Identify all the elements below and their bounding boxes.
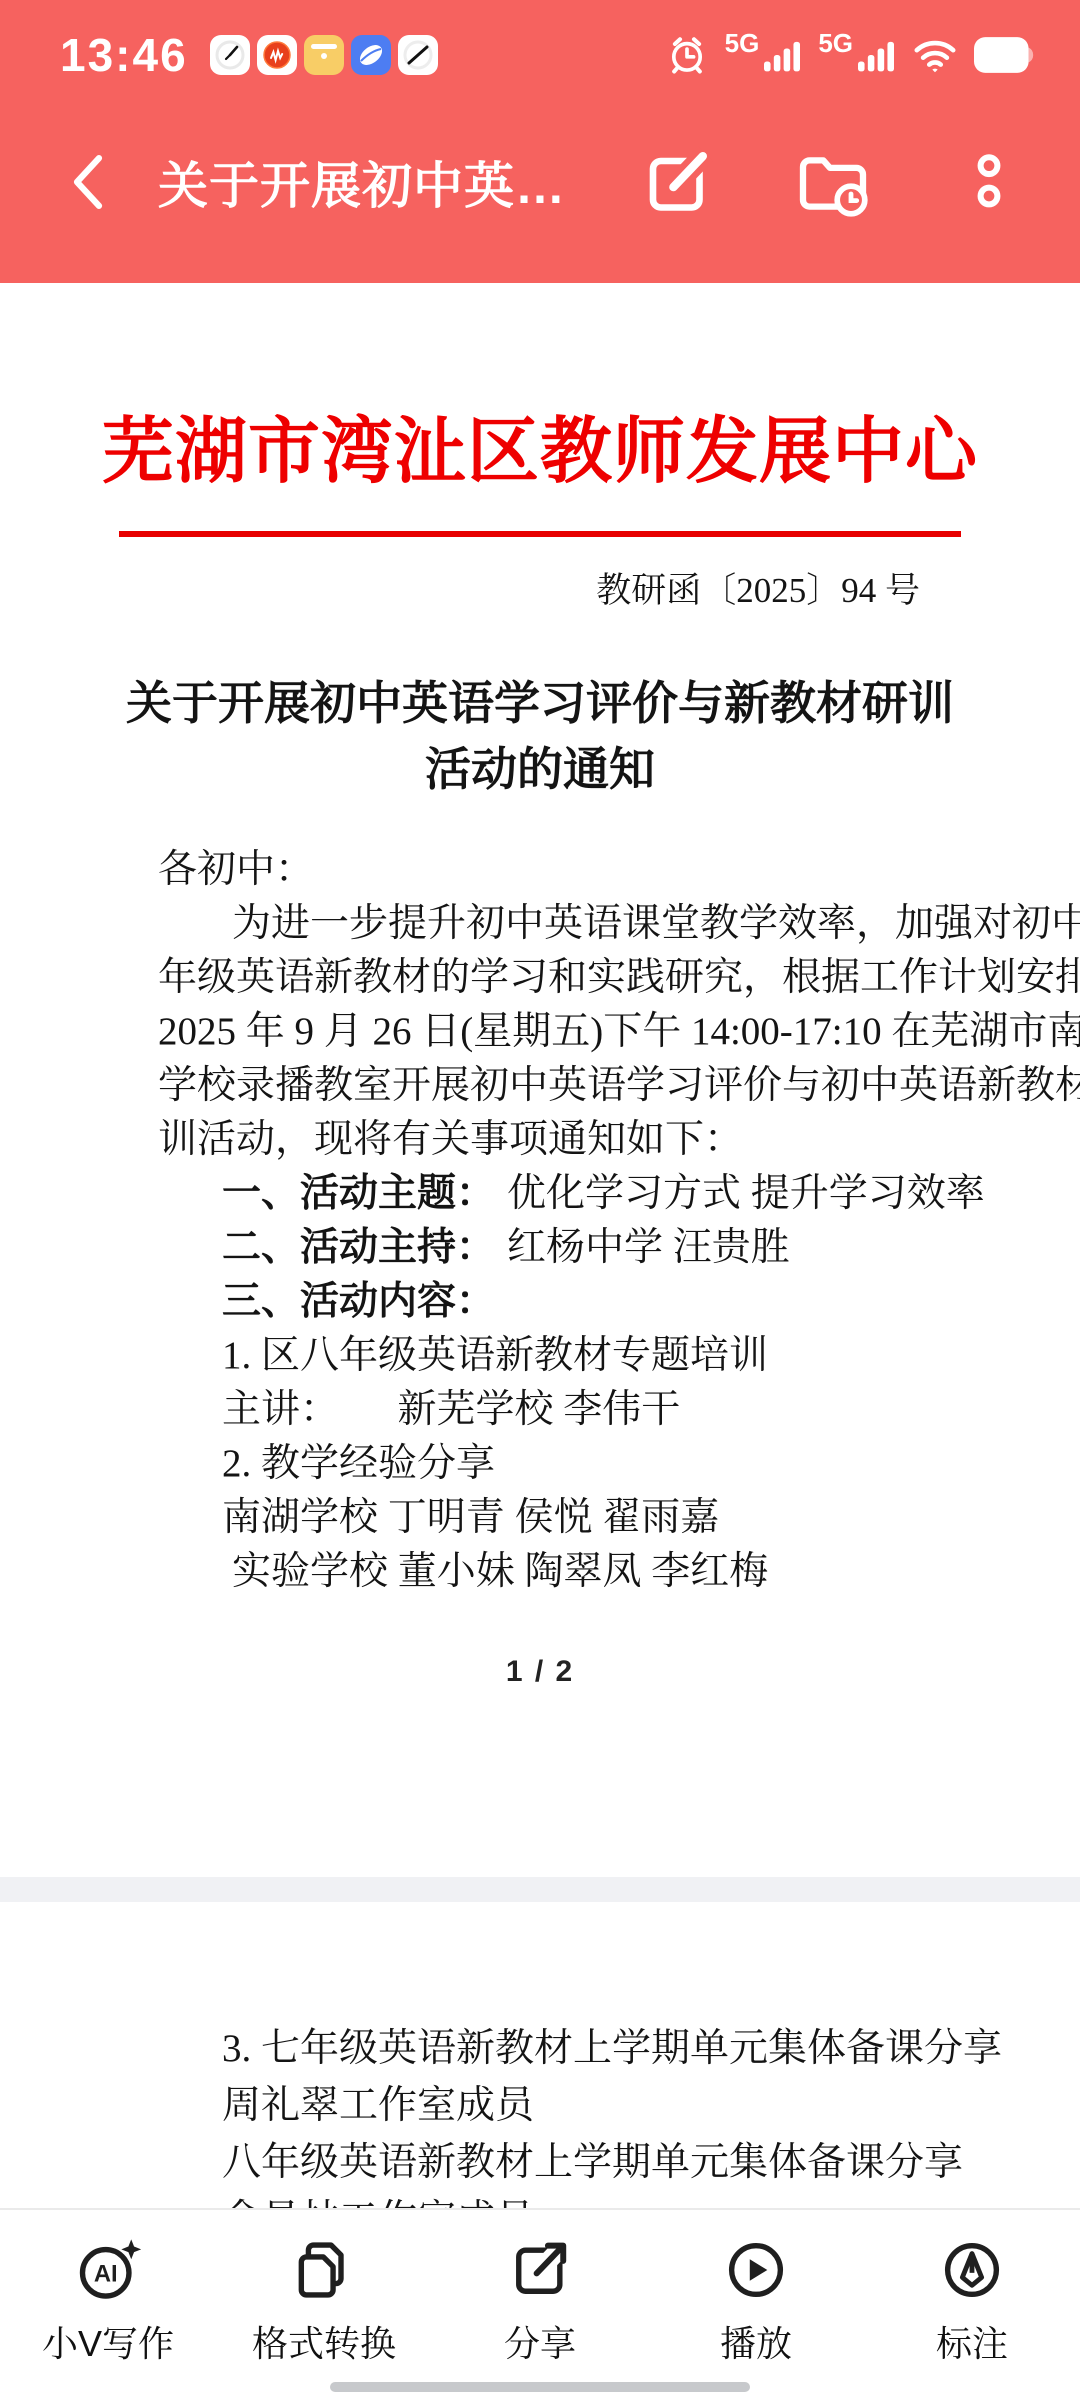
notice-title-line2: 活动的通知: [0, 737, 1080, 803]
edit-icon: [641, 146, 713, 218]
browser-app-icon: [351, 35, 391, 75]
ai-writer-button[interactable]: AI 小V写作: [0, 2236, 216, 2400]
notification-icons: [210, 35, 438, 75]
play-label: 播放: [720, 2316, 792, 2367]
recorder-app-icon: [257, 35, 297, 75]
ai-writer-icon: AI: [74, 2236, 142, 2304]
back-chevron-icon: [66, 150, 110, 214]
document-page-1: 芜湖市湾沚区教师发展中心 教研函〔2025〕94 号 关于开展初中英语学习评价与…: [0, 393, 1080, 1877]
clock-text: 13:46: [60, 28, 188, 82]
play-button[interactable]: 播放: [648, 2236, 864, 2400]
document-body-page2: 3. 七年级英语新教材上学期单元集体备课分享 周礼翠工作室成员 八年级英语新教材…: [0, 2020, 1080, 2208]
document-scroll-area[interactable]: 芜湖市湾沚区教师发展中心 教研函〔2025〕94 号 关于开展初中英语学习评价与…: [0, 283, 1080, 2208]
ai-writer-label: 小V写作: [42, 2316, 174, 2367]
play-icon: [722, 2236, 790, 2304]
doc-line: 二、活动主持：红杨中学 汪贵胜: [158, 1221, 930, 1275]
doc-line: 三、活动内容：: [158, 1275, 930, 1329]
annotate-label: 标注: [936, 2316, 1008, 2367]
battery-icon: [974, 37, 1038, 73]
doc-line: 南湖学校 丁明青 侯悦 翟雨嘉: [158, 1491, 930, 1545]
clock-app-icon: [210, 35, 250, 75]
doc-line: 一、活动主题：优化学习方式 提升学习效率: [158, 1167, 930, 1221]
annotate-button[interactable]: 标注: [864, 2236, 1080, 2400]
status-bar: 13:46: [0, 0, 1080, 95]
app-header: 关于开展初中英…: [0, 95, 1080, 283]
document-body: 各初中： 为进一步提升初中英语课堂教学效率，加强对初中七八 年级英语新教材的学习…: [0, 843, 1080, 1599]
letterhead-rule: [119, 531, 961, 537]
pen-app-icon: [398, 35, 438, 75]
more-icon: [961, 146, 1017, 218]
doc-line: 各初中：: [158, 843, 930, 897]
svg-text:AI: AI: [94, 2260, 118, 2287]
folder-button[interactable]: [794, 143, 872, 221]
home-indicator[interactable]: [330, 2382, 750, 2392]
bottom-toolbar: AI 小V写作 格式转换 分享: [0, 2208, 1080, 2400]
notes-app-icon: [304, 35, 344, 75]
back-button[interactable]: [66, 150, 122, 214]
doc-line: 俞昌林工作室成员: [158, 2191, 930, 2208]
doc-line: 周礼翠工作室成员: [158, 2077, 930, 2134]
doc-line: 3. 七年级英语新教材上学期单元集体备课分享: [158, 2020, 930, 2077]
format-convert-icon: [290, 2236, 358, 2304]
wifi-icon: [912, 35, 958, 75]
document-number: 教研函〔2025〕94 号: [0, 563, 1080, 613]
edit-button[interactable]: [638, 143, 716, 221]
doc-line: 学校录播教室开展初中英语学习评价与初中英语新教材研: [158, 1059, 930, 1113]
notice-title-line1: 关于开展初中英语学习评价与新教材研训: [0, 671, 1080, 737]
format-convert-button[interactable]: 格式转换: [216, 2236, 432, 2400]
signal-group-2: 5G: [818, 37, 896, 73]
doc-line: 1. 区八年级英语新教材专题培训: [158, 1329, 930, 1383]
doc-line: 实验学校 董小妹 陶翠凤 李红梅: [158, 1545, 930, 1599]
more-button[interactable]: [950, 143, 1028, 221]
signal-group-1: 5G: [725, 37, 803, 73]
folder-history-icon: [794, 146, 872, 218]
doc-line: 主讲： 新芜学校 李伟干: [158, 1383, 930, 1437]
document-page-2: 3. 七年级英语新教材上学期单元集体备课分享 周礼翠工作室成员 八年级英语新教材…: [0, 1902, 1080, 2208]
document-title: 关于开展初中英…: [158, 146, 566, 218]
letterhead-title: 芜湖市湾沚区教师发展中心: [0, 393, 1080, 497]
doc-line: 训活动，现将有关事项通知如下：: [158, 1113, 930, 1167]
doc-line: 为进一步提升初中英语课堂教学效率，加强对初中七八: [158, 897, 930, 951]
doc-line: 八年级英语新教材上学期单元集体备课分享: [158, 2134, 930, 2191]
annotate-icon: [938, 2236, 1006, 2304]
page-separator: [0, 1877, 1080, 1902]
share-icon: [506, 2236, 574, 2304]
notice-title: 关于开展初中英语学习评价与新教材研训 活动的通知: [0, 671, 1080, 803]
signal-bars-icon: [762, 37, 802, 73]
page-indicator: 1 / 2: [0, 1655, 1080, 1689]
status-right-cluster: 5G 5G: [665, 33, 1038, 77]
doc-line: 2. 教学经验分享: [158, 1437, 930, 1491]
signal-bars-icon: [856, 37, 896, 73]
format-convert-label: 格式转换: [252, 2316, 396, 2367]
doc-line: 年级英语新教材的学习和实践研究，根据工作计划安排，: [158, 951, 930, 1005]
header-actions: [638, 143, 1028, 221]
app-root: 13:46: [0, 0, 1080, 2400]
carrier-5g-label: 5G: [725, 28, 760, 59]
share-button[interactable]: 分享: [432, 2236, 648, 2400]
doc-line: 2025 年 9 月 26 日(星期五)下午 14:00-17:10 在芜湖市南…: [158, 1005, 930, 1059]
carrier-5g-label: 5G: [818, 28, 853, 59]
share-label: 分享: [504, 2316, 576, 2367]
alarm-icon: [665, 33, 709, 77]
